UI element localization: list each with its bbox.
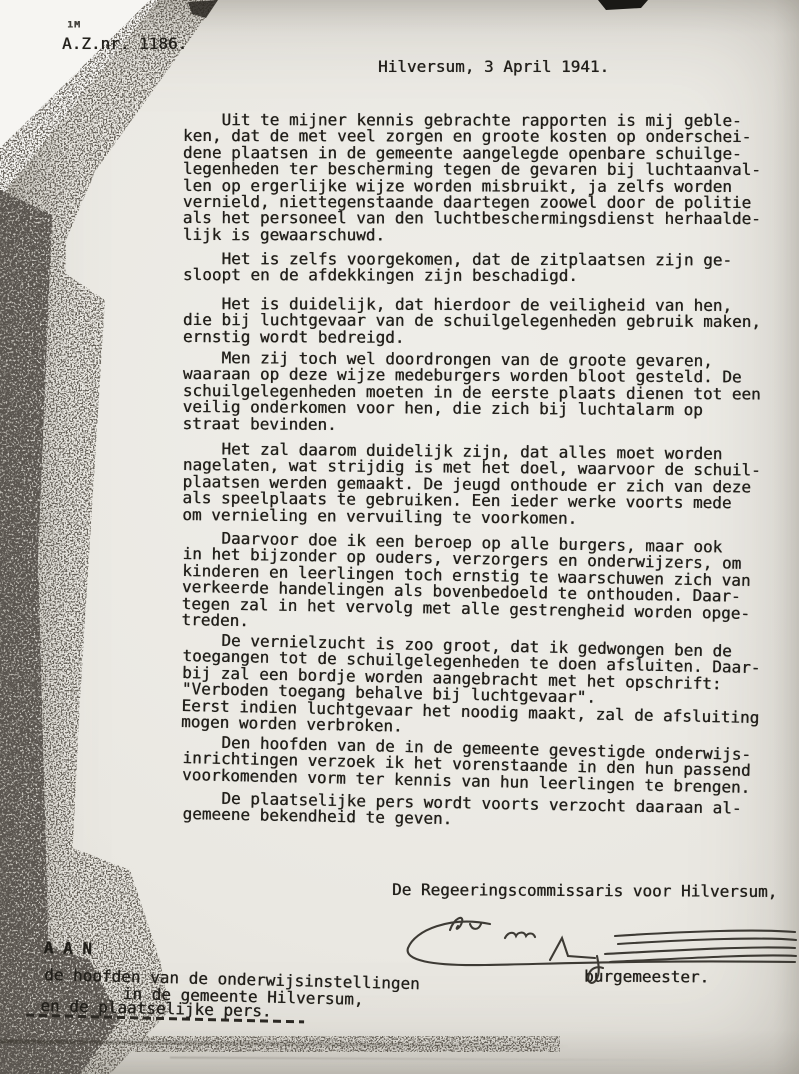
closing-office-line: De Regeeringscommissaris voor Hilversum,: [392, 882, 777, 900]
body-paragraph-3: Het is duidelijk, dat hierdoor de veilig…: [183, 296, 789, 347]
fold-line: [170, 1057, 710, 1062]
corner-mark: 1M: [67, 21, 81, 30]
body-paragraph-5: Het zal daarom duidelijk zijn, dat alles…: [182, 441, 789, 529]
body-paragraph-7: De vernielzucht is zoo groot, dat ik ged…: [181, 632, 789, 743]
reference-number: A.Z.nr. 1186.: [62, 36, 187, 52]
body-paragraph-6: Daarvoor doe ik een beroep op alle burge…: [181, 530, 789, 639]
body-paragraph-2: Het is zelfs voorgekomen, dat de zitplaa…: [183, 251, 789, 285]
signature-scrawl: [390, 908, 799, 990]
body-paragraph-1: Uit te mijner kennis gebrachte rapporten…: [183, 112, 789, 244]
body-paragraph-4: Men zij toch wel doordrongen van de groo…: [182, 350, 788, 436]
recipients-block: A A N de hoofden van de onderwijsinstell…: [39, 940, 372, 1058]
body-paragraph-9: De plaatselijke pers wordt voorts verzoc…: [182, 790, 789, 834]
recipients-salutation: A A N: [44, 940, 93, 958]
dateline: Hilversum, 3 April 1941.: [378, 59, 609, 75]
body-paragraph-8: Den hoofden van de in de gemeente gevest…: [182, 734, 789, 797]
scanned-letter-page: 1M A.Z.nr. 1186. Hilversum, 3 April 1941…: [0, 0, 799, 1074]
